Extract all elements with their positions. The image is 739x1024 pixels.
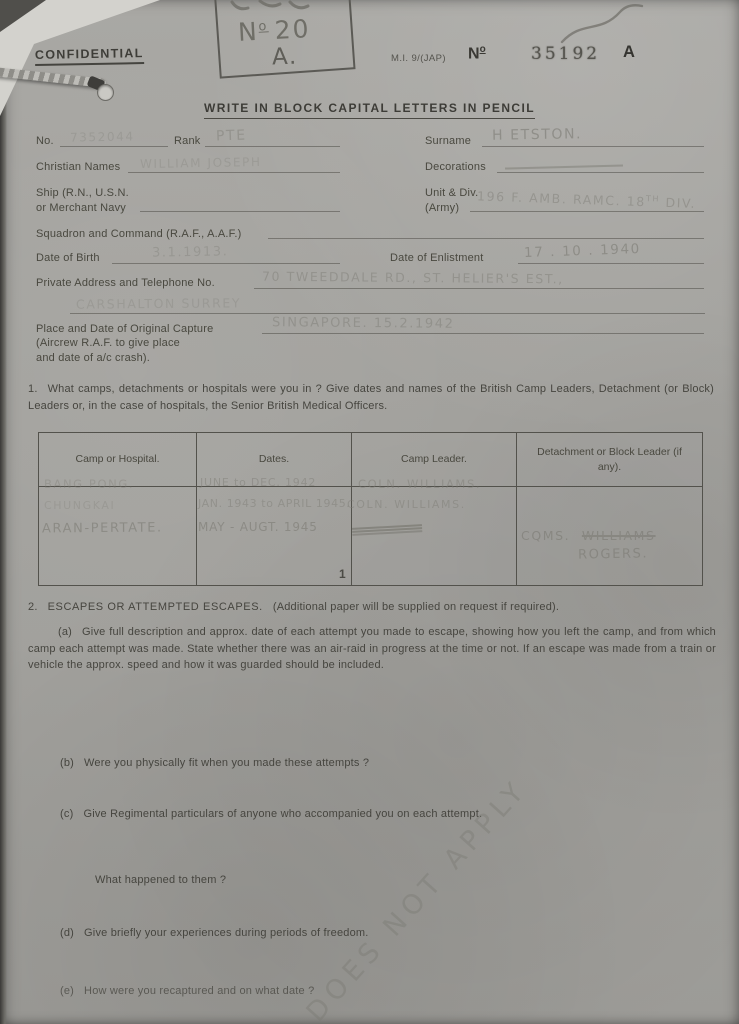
field-address-line2	[70, 313, 705, 314]
question-2e-label: (e)	[60, 985, 74, 997]
field-enlistment-label: Date of Enlistment	[390, 252, 483, 264]
row1-camp-text: BANG PONG.	[44, 477, 134, 491]
section-2-title: ESCAPES OR ATTEMPTED ESCAPES.	[48, 601, 263, 613]
ref-n: N	[468, 45, 480, 62]
field-dob-label: Date of Birth	[36, 252, 100, 264]
field-decorations-label: Decorations	[425, 161, 486, 173]
field-surname-label-text: Surname	[425, 135, 471, 147]
table-pencil-mark-text: 1	[339, 567, 346, 581]
field-enlistment-line	[518, 263, 704, 264]
field-rank-label: Rank	[174, 135, 200, 147]
field-address-line1	[254, 288, 704, 289]
row3-detachment-name-text: ROGERS.	[578, 546, 648, 562]
dept-ref: M.I. 9/(JAP)	[391, 53, 446, 64]
field-address-value1: 70 TWEEDDALE RD., ST. HELIER'S EST.,	[262, 269, 564, 287]
header-camp-text: Camp or Hospital.	[75, 452, 159, 466]
table-pencil-mark: 1	[339, 567, 346, 581]
field-dob-line	[112, 263, 340, 264]
field-squadron-label: Squadron and Command (R.A.F., A.A.F.)	[36, 228, 242, 240]
question-2c2-text: What happened to them ?	[95, 874, 226, 886]
field-surname-value-text: H ETSTON.	[492, 126, 582, 144]
question-2d-text: Give briefly your experiences during per…	[84, 927, 369, 939]
question-2a-text: Give full description and approx. date o…	[28, 626, 716, 671]
field-unit-label-line1: Unit & Div.	[425, 187, 478, 199]
question-2a: (a)Give full description and approx. dat…	[28, 624, 716, 674]
field-no-label: No.	[36, 135, 54, 147]
field-christian-label-text: Christian Names	[36, 161, 120, 173]
question-2c-label: (c)	[60, 808, 73, 820]
field-christian-value: WILLIAM JOSEPH	[140, 155, 262, 171]
row2-camp: CHUNGKAI	[44, 499, 115, 512]
field-unit-value-sup: TH	[646, 194, 660, 203]
field-ship-label: Ship (R.N., U.S.N. or Merchant Navy	[36, 186, 129, 216]
question-2b-label: (b)	[60, 757, 74, 769]
field-ship-label-line2: or Merchant Navy	[36, 202, 126, 214]
col-detachment: Detachment or Block Leader (if any).	[516, 433, 702, 585]
field-christian-value-text: WILLIAM JOSEPH	[140, 155, 262, 171]
field-surname-value: H ETSTON.	[492, 126, 582, 144]
row1-leader: COLN. WILLIAMS.	[358, 477, 481, 491]
ref-no-label: No	[468, 44, 486, 63]
field-capture-label: Place and Date of Original Capture (Airc…	[36, 322, 213, 365]
field-enlistment-value: 17 . 10 . 1940	[524, 241, 641, 261]
ref-number-text: 35192	[531, 44, 600, 64]
row3-detachment-prefix: CQMS.	[521, 528, 570, 543]
field-enlistment-label-text: Date of Enlistment	[390, 252, 483, 264]
field-dob-value: 3.1.1913.	[152, 244, 229, 260]
field-surname-line	[482, 146, 704, 147]
field-enlistment-value-text: 17 . 10 . 1940	[524, 241, 641, 261]
field-no-line	[60, 146, 168, 147]
pencil-squiggle	[556, 0, 648, 46]
field-capture-label-line3: and date of a/c crash).	[36, 352, 150, 364]
field-ship-line	[140, 211, 340, 212]
row3-dates-text: MAY - AUGT. 1945	[198, 520, 318, 534]
field-address-value2: CARSHALTON SURREY	[76, 295, 241, 311]
field-christian-label: Christian Names	[36, 161, 120, 173]
field-rank-value-text: PTE	[216, 127, 247, 144]
ref-o: o	[480, 44, 486, 55]
field-capture-label-line2: (Aircrew R.A.F. to give place	[36, 337, 180, 349]
scanned-pow-questionnaire-page: CONFIDENTIAL No20 A. M.I. 9/(JAP) No 351…	[0, 0, 739, 1024]
field-decorations-line	[497, 172, 704, 173]
row1-dates: JUNE to DEC. 1942	[200, 476, 316, 489]
row3-camp-text: ARAN-PERTATE.	[42, 520, 163, 536]
row3-dates: MAY - AUGT. 1945	[198, 520, 318, 534]
box-letter: A.	[272, 44, 299, 71]
field-unit-line	[470, 211, 704, 212]
field-no-value: 7352044	[70, 129, 135, 144]
row3-detachment-struck: WILLIAMS	[582, 528, 656, 543]
row1-leader-text: COLN. WILLIAMS.	[358, 477, 481, 491]
field-ship-label-line1: Ship (R.N., U.S.N.	[36, 187, 129, 199]
field-unit-value-end: DIV.	[660, 195, 697, 211]
question-2c2: What happened to them ?	[95, 872, 595, 889]
field-capture-value: SINGAPORE. 15.2.1942	[272, 315, 455, 332]
row3-detachment-name: ROGERS.	[578, 546, 648, 562]
field-address-value1-text: 70 TWEEDDALE RD., ST. HELIER'S EST.,	[262, 269, 564, 287]
box-no-value: 20	[274, 14, 311, 45]
question-2e-text: How were you recaptured and on what date…	[84, 985, 314, 997]
row2-camp-text: CHUNGKAI	[44, 499, 115, 512]
row3-camp: ARAN-PERTATE.	[42, 520, 163, 536]
field-squadron-line	[268, 238, 704, 239]
field-surname-label: Surname	[425, 135, 471, 147]
field-rank-value: PTE	[216, 127, 247, 144]
row3-detachment: CQMS. WILLIAMS	[521, 528, 656, 543]
row1-camp: BANG PONG.	[44, 477, 134, 491]
page-title: WRITE IN BLOCK CAPITAL LETTERS IN PENCIL	[0, 99, 739, 119]
box-no-n: N	[237, 17, 259, 47]
header-detachment: Detachment or Block Leader (if any).	[517, 433, 702, 487]
field-unit-value-main: 196 F. AMB. RAMC. 18	[477, 188, 646, 209]
question-2c-text: Give Regimental particulars of anyone wh…	[83, 808, 482, 820]
confidential-label: CONFIDENTIAL	[35, 46, 144, 66]
header-detachment-text: Detachment or Block Leader (if any).	[531, 445, 688, 473]
field-dob-value-text: 3.1.1913.	[152, 244, 229, 260]
question-1: 1.What camps, detachments or hospitals w…	[28, 381, 714, 414]
header-leader-text: Camp Leader.	[401, 452, 467, 466]
field-rank-label-text: Rank	[174, 135, 200, 147]
box-no-o: o	[258, 19, 269, 35]
row2-leader-text: COLN. WILLIAMS.	[347, 498, 466, 511]
question-2c: (c)Give Regimental particulars of anyone…	[60, 806, 700, 823]
question-2a-label: (a)	[58, 626, 72, 638]
question-2b: (b)Were you physically fit when you made…	[60, 755, 700, 772]
field-address-label-text: Private Address and Telephone No.	[36, 277, 215, 289]
question-2b-text: Were you physically fit when you made th…	[84, 757, 369, 769]
field-no-value-text: 7352044	[70, 129, 135, 144]
field-address-value2-text: CARSHALTON SURREY	[76, 295, 241, 311]
row2-leader: COLN. WILLIAMS.	[347, 498, 466, 511]
question-1-text: What camps, detachments or hospitals wer…	[28, 383, 714, 412]
page-title-text: WRITE IN BLOCK CAPITAL LETTERS IN PENCIL	[204, 101, 535, 119]
question-1-number: 1.	[28, 383, 38, 395]
field-address-label: Private Address and Telephone No.	[36, 277, 215, 289]
field-no-label-text: No.	[36, 135, 54, 147]
section-2-heading: 2.ESCAPES OR ATTEMPTED ESCAPES.(Addition…	[28, 599, 714, 616]
header-dates-text: Dates.	[259, 452, 289, 466]
field-christian-line	[128, 172, 340, 173]
section-2-note: (Additional paper will be supplied on re…	[273, 601, 559, 613]
field-dob-label-text: Date of Birth	[36, 252, 100, 264]
dept-ref-text: M.I. 9/(JAP)	[391, 53, 446, 64]
field-decorations-label-text: Decorations	[425, 161, 486, 173]
field-unit-value: 196 F. AMB. RAMC. 18TH DIV.	[477, 188, 697, 211]
field-unit-label-line2: (Army)	[425, 202, 459, 214]
confidential-stamp: CONFIDENTIAL	[35, 44, 144, 66]
row2-dates-text: JAN. 1943 to APRIL 1945.	[198, 497, 350, 510]
box-letter-text: A.	[272, 44, 299, 71]
ref-number-stamp: 35192	[531, 44, 600, 64]
field-squadron-label-text: Squadron and Command (R.A.F., A.A.F.)	[36, 228, 242, 240]
field-rank-line	[205, 146, 340, 147]
field-capture-value-text: SINGAPORE. 15.2.1942	[272, 315, 455, 332]
question-2d-label: (d)	[60, 927, 74, 939]
field-decorations-dash	[505, 164, 623, 169]
field-capture-label-line1: Place and Date of Original Capture	[36, 323, 213, 335]
row1-dates-text: JUNE to DEC. 1942	[200, 476, 316, 489]
question-2e: (e)How were you recaptured and on what d…	[60, 983, 700, 1000]
field-capture-line	[262, 333, 704, 334]
box-number: No20	[237, 14, 311, 47]
section-2-number: 2.	[28, 601, 38, 613]
row2-dates: JAN. 1943 to APRIL 1945.	[198, 497, 350, 510]
left-scan-edge	[0, 0, 7, 1024]
